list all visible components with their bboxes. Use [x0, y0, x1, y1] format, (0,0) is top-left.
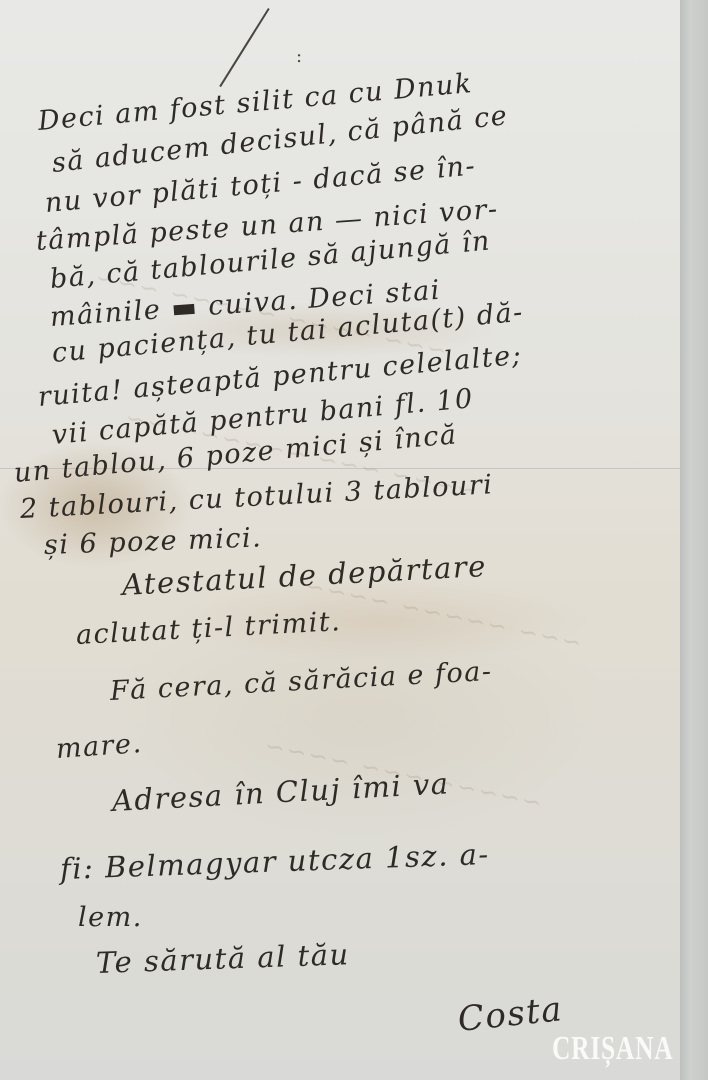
closing-line: Te sărută al tău	[95, 937, 350, 980]
letter-line: lem.	[78, 902, 143, 933]
watermark-logo: CRIȘANA	[552, 1030, 673, 1068]
letter-line: Fă cera, că sărăcia e foa-	[109, 656, 493, 707]
letter-line: fi: Belmagyar utcza 1sz. a-	[59, 837, 490, 886]
letter-page: ~~~ ~~~~ ~~~~~ ~~~ ~~~~ ~~~ ~~~~~~ ~~ ~~…	[0, 0, 680, 1080]
letter-line: mare.	[55, 728, 144, 765]
background-surface	[678, 0, 708, 1080]
header-colon-mark: :	[296, 46, 302, 67]
letter-line: și 6 poze mici.	[43, 522, 262, 561]
letter-line: Adresa în Cluj îmi va	[111, 766, 450, 818]
signature: Costa	[456, 989, 565, 1040]
header-slash-mark	[219, 8, 269, 87]
letter-line: aclutat ți-l trimit.	[75, 606, 342, 651]
